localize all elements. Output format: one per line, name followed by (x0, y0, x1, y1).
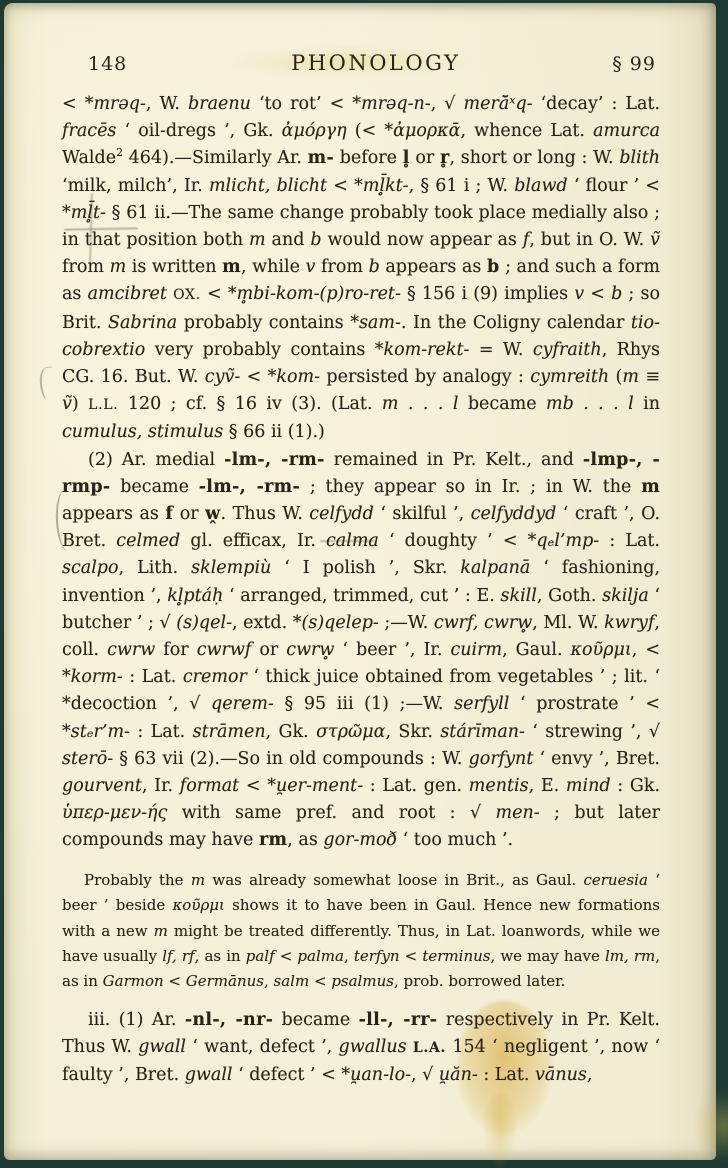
paragraph-continuation: < *mrəq-, W. braenu ‘to rot’ < *mrəq-n-,… (62, 91, 660, 447)
page-content: 148 PHONOLOGY § 99 < *mrəq-, W. braenu ‘… (4, 3, 716, 1089)
yellow-stain-edge (692, 1091, 728, 1161)
paragraph-iii: iii. (1) Ar. -nl-, -nr- became -ll-, -rr… (62, 1007, 660, 1090)
yellow-stain-drip (483, 1093, 517, 1167)
running-title: PHONOLOGY (291, 51, 460, 75)
paragraph-2: (2) Ar. medial -lm-, -rm- remained in Pr… (62, 447, 660, 855)
page-number: 148 (88, 53, 127, 75)
section-number: § 99 (612, 53, 656, 75)
small-type-note: Probably the m was already somewhat loos… (62, 868, 660, 995)
book-scan: { "page": { "number": "148", "running_ti… (0, 0, 728, 1168)
page: 148 PHONOLOGY § 99 < *mrəq-, W. braenu ‘… (4, 3, 716, 1160)
page-header: 148 PHONOLOGY § 99 (62, 51, 660, 75)
